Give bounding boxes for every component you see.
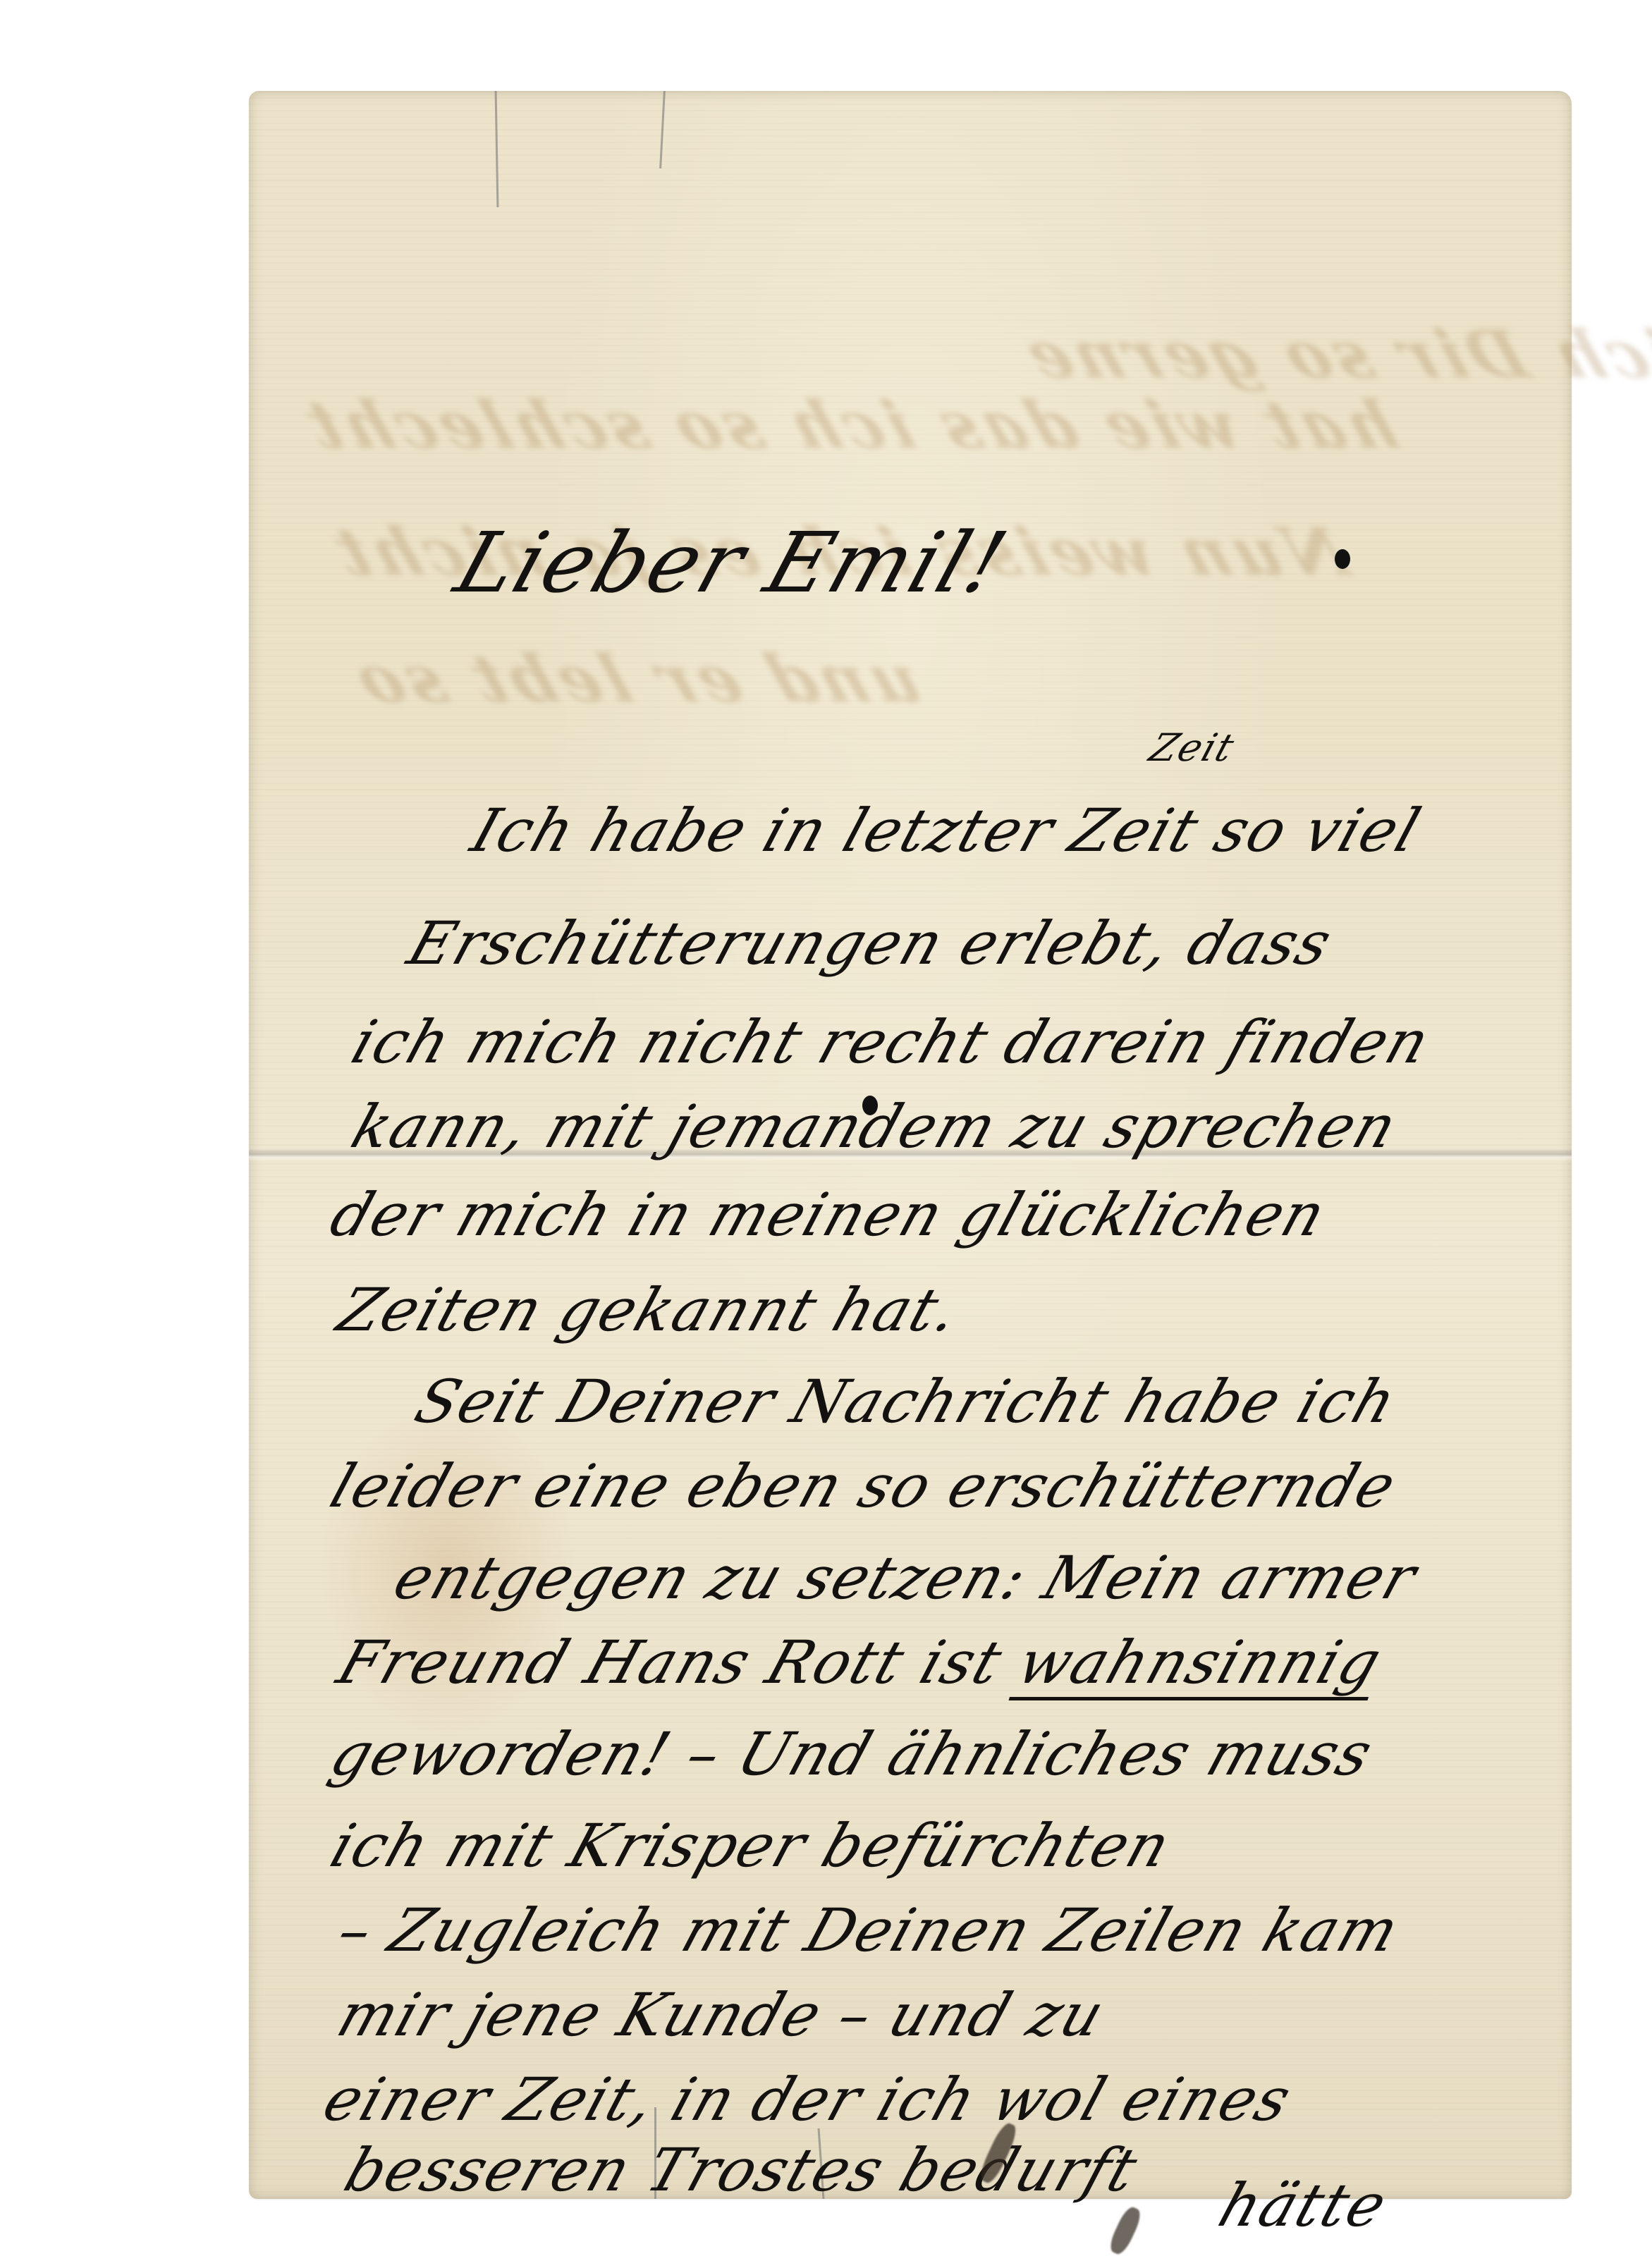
letter-line: Erschütterungen erlebt, dass	[400, 909, 1341, 978]
letter-line: Freund Hans Rott ist wahnsinnig	[329, 1628, 1390, 1697]
ink-blot	[1106, 2205, 1144, 2256]
letter-line: kann, mit jemandem zu sprechen	[343, 1092, 1407, 1161]
letter-line: ich mich nicht recht darein finden	[343, 1007, 1439, 1077]
letter-line: leider eine eben so erschütternde	[322, 1452, 1405, 1521]
letter-line: Zeiten gekannt hat.	[329, 1275, 969, 1344]
interlinear-insertion: Zeit	[1144, 725, 1241, 770]
paper-tear-top-right	[659, 91, 666, 168]
letter-line: ich mit Krisper befürchten	[322, 1811, 1180, 1880]
underlined-word: wahnsinnig	[1008, 1628, 1390, 1700]
bleed-through-text: und er lebt so	[341, 641, 931, 717]
letter-line: Seit Deiner Nachricht habe ich	[407, 1367, 1406, 1436]
letter-line: – Zugleich mit Deinen Zeilen kam	[329, 1896, 1409, 1965]
letter-line: mir jene Kunde – und zu	[329, 1980, 1114, 2049]
letter-line-text: Freund Hans Rott ist	[329, 1628, 1012, 1697]
paper-tear-top-left	[495, 91, 499, 207]
letter-line: einer Zeit, in der ich wol eines	[315, 2065, 1300, 2134]
bleed-through-text: Wenn ich Dir so gerne	[1010, 317, 1652, 393]
letter-page: Wenn ich Dir so gerne hat wie das ich so…	[249, 91, 1572, 2199]
letter-line: besseren Trostes bedurft	[336, 2135, 1146, 2205]
bleed-through-text: hat wie das ich so schlecht	[291, 387, 1407, 463]
letter-line: Ich habe in letzter Zeit so viel	[463, 796, 1429, 865]
letter-line: der mich in meinen glücklichen	[322, 1180, 1335, 1249]
letter-line: entgegen zu setzen: Mein armer	[386, 1543, 1426, 1612]
letter-line: hätte	[1211, 2171, 1396, 2240]
letter-line: geworden! – Und ähnliches muss	[322, 1719, 1382, 1789]
ink-dot	[1335, 549, 1350, 569]
letter-greeting: Lieber Emil!	[445, 514, 1020, 611]
